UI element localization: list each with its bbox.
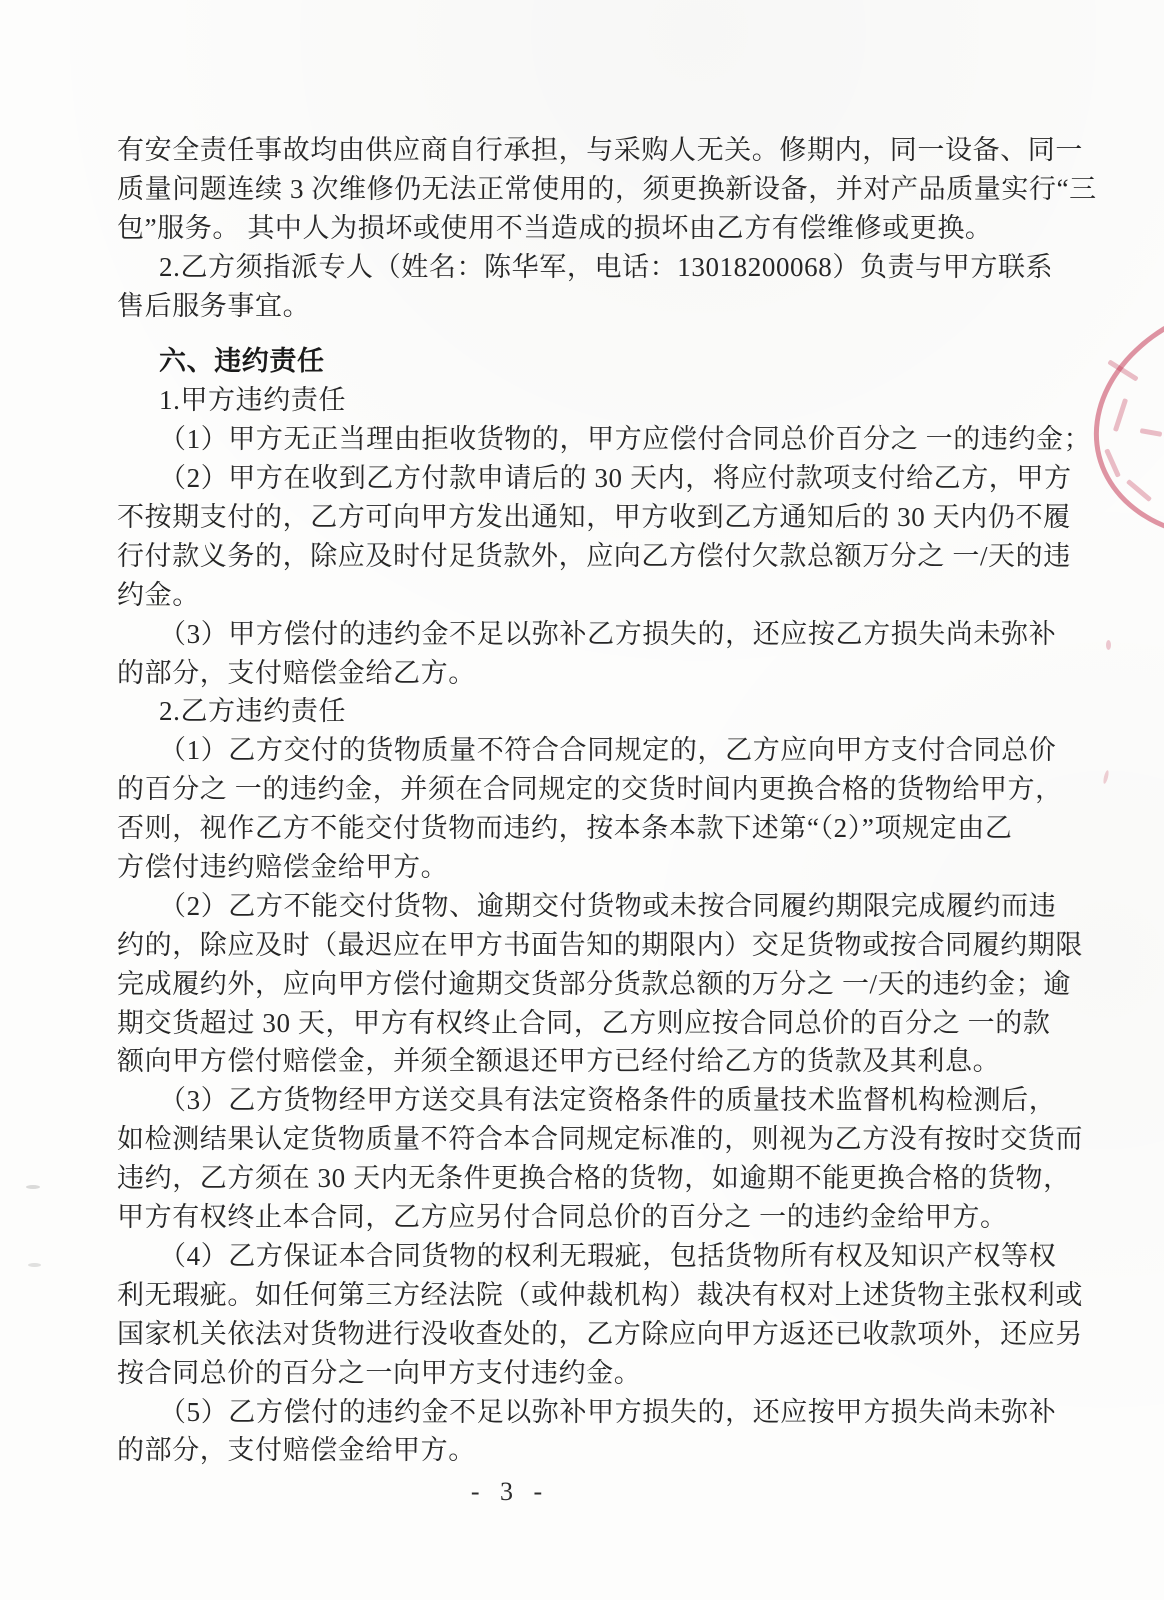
text-line: （3）乙方货物经甲方送交具有法定资格条件的质量技术监督机构检测后， [117,1081,1057,1120]
text-line: 有安全责任事故均由供应商自行承担，与采购人无关。修期内，同一设备、同一 [117,131,1057,170]
document-page: 有安全责任事故均由供应商自行承担，与采购人无关。修期内，同一设备、同一质量问题连… [0,0,1164,1600]
text-line: 如检测结果认定货物质量不符合本合同规定标准的，则视为乙方没有按时交货而 [117,1120,1057,1159]
text-line: 甲方有权终止本合同，乙方应另付合同总价的百分之 一的违约金给甲方。 [117,1198,1057,1237]
scan-speck [26,1185,40,1189]
text-line: 违约，乙方须在 30 天内无条件更换合格的货物，如逾期不能更换合格的货物， [117,1159,1057,1198]
text-line: 方偿付违约赔偿金给甲方。 [117,848,1057,887]
text-line: 售后服务事宜。 [117,287,1057,326]
text-line: 利无瑕疵。如任何第三方经法院（或仲裁机构）裁决有权对上述货物主张权利或 [117,1276,1057,1315]
scan-speck [120,1140,132,1143]
page-number: - 3 - [0,1477,1092,1507]
text-line: 包”服务。 其中人为损坏或使用不当造成的损坏由乙方有偿维修或更换。 [117,209,1057,248]
text-line: 1.甲方违约责任 [117,381,1057,420]
text-line: 不按期支付的，乙方可向甲方发出通知，甲方收到乙方通知后的 30 天内仍不履 [117,498,1057,537]
text-line: 否则，视作乙方不能交付货物而违约，按本条本款下述第“（2）”项规定由乙 [117,809,1057,848]
text-line: （2）甲方在收到乙方付款申请后的 30 天内，将应付款项支付给乙方，甲方 [117,459,1057,498]
text-line: 国家机关依法对货物进行没收查处的，乙方除应向甲方返还已收款项外，还应另 [117,1315,1057,1354]
text-line: 六、违约责任 [117,342,1057,381]
contract-body-text: 有安全责任事故均由供应商自行承担，与采购人无关。修期内，同一设备、同一质量问题连… [117,131,1057,1470]
text-line: （4）乙方保证本合同货物的权利无瑕疵，包括货物所有权及知识产权等权 [117,1237,1057,1276]
text-line: （2）乙方不能交付货物、逾期交付货物或未按合同履约期限完成履约而违 [117,887,1057,926]
text-line: （3）甲方偿付的违约金不足以弥补乙方损失的，还应按乙方损失尚未弥补 [117,615,1057,654]
text-line: 2.乙方须指派专人（姓名：陈华军，电话：13018200068）负责与甲方联系 [117,248,1057,287]
text-line: 约的，除应及时（最迟应在甲方书面告知的期限内）交足货物或按合同履约期限 [117,926,1057,965]
text-line: 额向甲方偿付赔偿金，并须全额退还甲方已经付给乙方的货款及其利息。 [117,1042,1057,1081]
text-line: 期交货超过 30 天，甲方有权终止合同，乙方则应按合同总价的百分之 一的款 [117,1004,1057,1043]
text-line: 质量问题连续 3 次维修仍无法正常使用的，须更换新设备，并对产品质量实行“三 [117,170,1057,209]
scan-speck [1102,770,1109,785]
scan-speck [1106,640,1111,650]
scan-speck [28,1263,41,1267]
text-line: （5）乙方偿付的违约金不足以弥补甲方损失的，还应按甲方损失尚未弥补 [117,1393,1057,1432]
text-line: 行付款义务的，除应及时付足货款外，应向乙方偿付欠款总额万分之 一/天的违 [117,537,1057,576]
text-line: 的部分，支付赔偿金给甲方。 [117,1431,1057,1470]
text-line: 按合同总价的百分之一向甲方支付违约金。 [117,1354,1057,1393]
text-line: 的百分之 一的违约金，并须在合同规定的交货时间内更换合格的货物给甲方， [117,770,1057,809]
text-line: （1）乙方交付的货物质量不符合合同规定的，乙方应向甲方支付合同总价 [117,731,1057,770]
text-line: 的部分，支付赔偿金给乙方。 [117,654,1057,693]
text-line: （1）甲方无正当理由拒收货物的，甲方应偿付合同总价百分之 一的违约金； [117,420,1057,459]
text-line: 2.乙方违约责任 [117,692,1057,731]
text-line: 完成履约外，应向甲方偿付逾期交货部分货款总额的万分之 一/天的违约金；逾 [117,965,1057,1004]
text-line: 约金。 [117,576,1057,615]
